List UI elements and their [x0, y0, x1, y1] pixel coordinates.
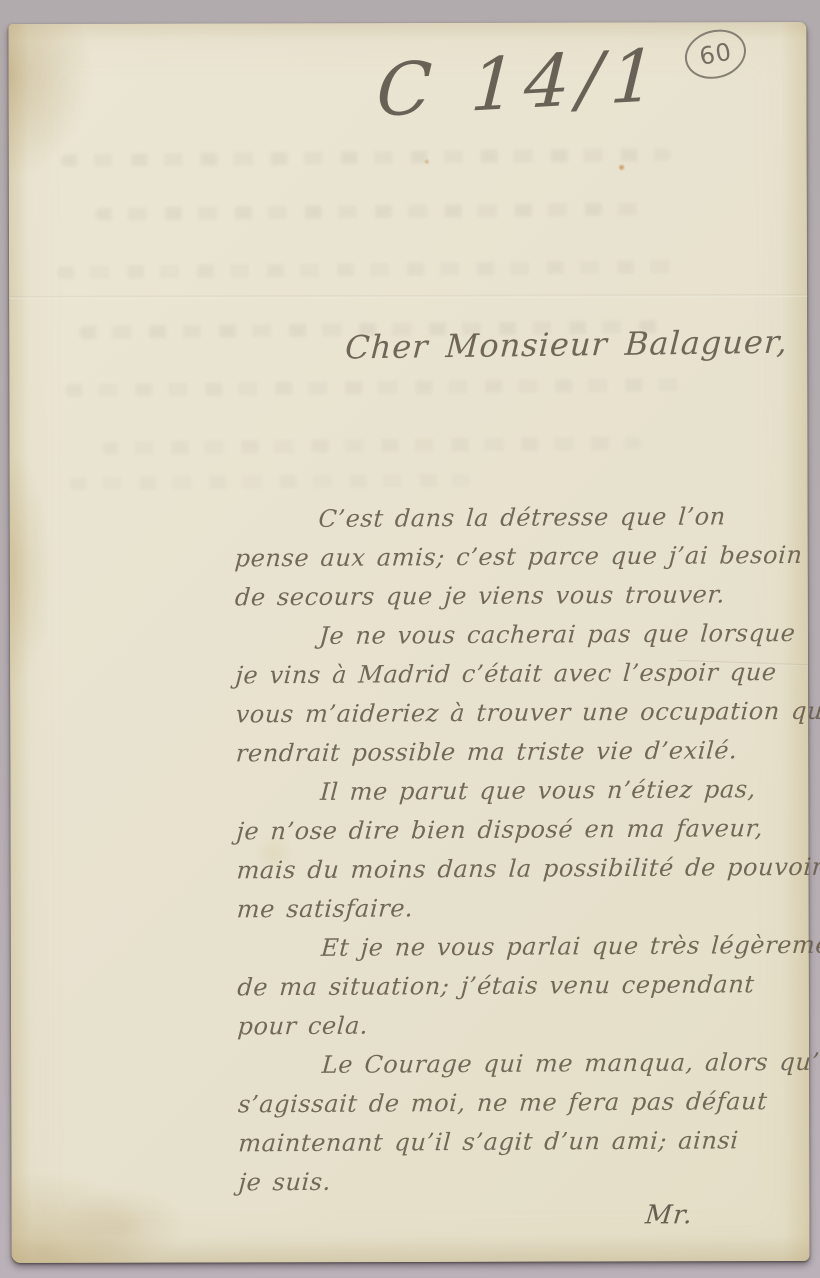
archival-header-mark: C 14/1: [375, 33, 666, 133]
letter-line: Il me parut que vous n’étiez pas,: [235, 770, 793, 812]
paragraph-5: Le Courage qui me manqua, alors qu’il s’…: [238, 1043, 795, 1202]
paragraph-2: Je ne vous cacherai pas que lorsque je v…: [235, 614, 792, 773]
letter-line: de secours que je viens vous trouver.: [234, 575, 792, 617]
show-through-streak: [57, 260, 677, 279]
salutation: Cher Monsieur Balaguer,: [344, 323, 789, 367]
letter-line: Et je ne vous parlai que très légèrement: [236, 926, 794, 968]
letter-line: s’agissait de moi, ne me fera pas défaut: [237, 1082, 795, 1124]
letter-line: maintenant qu’il s’agit d’un ami; ainsi: [237, 1121, 795, 1163]
letter-line: mais du moins dans la possibilité de pou…: [235, 848, 793, 890]
fold-crease: [9, 294, 807, 299]
letter-line: pour cela.: [236, 1004, 794, 1046]
catchword: Mr.: [644, 1200, 695, 1230]
paragraph-1: C’est dans la détresse que l’on pense au…: [234, 497, 791, 617]
show-through-streak: [101, 437, 641, 455]
paragraph-4: Et je ne vous parlai que très légèrement…: [237, 926, 794, 1046]
letter-line: je suis.: [237, 1160, 795, 1202]
show-through-streak: [65, 378, 680, 397]
letter-line: C’est dans la détresse que l’on: [233, 497, 791, 539]
letter-line: pense aux amis; c’est parce que j’ai bes…: [234, 536, 792, 578]
letter-line: vous m’aideriez à trouver une occupation…: [234, 692, 792, 734]
letter-line: je n’ose dire bien disposé en ma faveur,: [235, 809, 793, 851]
scan-backdrop: { "scan": { "archival_marks": { "header_…: [0, 0, 820, 1278]
folio-number: 60: [697, 38, 734, 71]
letter-line: je vins à Madrid c’était avec l’espoir q…: [234, 653, 792, 695]
show-through-streak: [70, 473, 470, 490]
folio-number-circle: 60: [679, 23, 752, 86]
show-through-streak: [61, 148, 671, 167]
letter-line: rendrait possible ma triste vie d’exilé.: [235, 731, 793, 773]
letter-line: de ma situation; j’étais venu cependant: [236, 965, 794, 1007]
show-through-streak: [95, 202, 655, 220]
letter-line: me satisfaire.: [236, 887, 794, 929]
paragraph-3: Il me parut que vous n’étiez pas, je n’o…: [236, 770, 793, 929]
letter-body: C’est dans la détresse que l’on pense au…: [234, 497, 794, 1202]
letter-line: Je ne vous cacherai pas que lorsque: [234, 614, 792, 656]
letter-line: Le Courage qui me manqua, alors qu’il: [237, 1043, 795, 1085]
letter-paper: C 14/1 60 Cher Monsieur Balaguer, C’est …: [8, 22, 809, 1263]
